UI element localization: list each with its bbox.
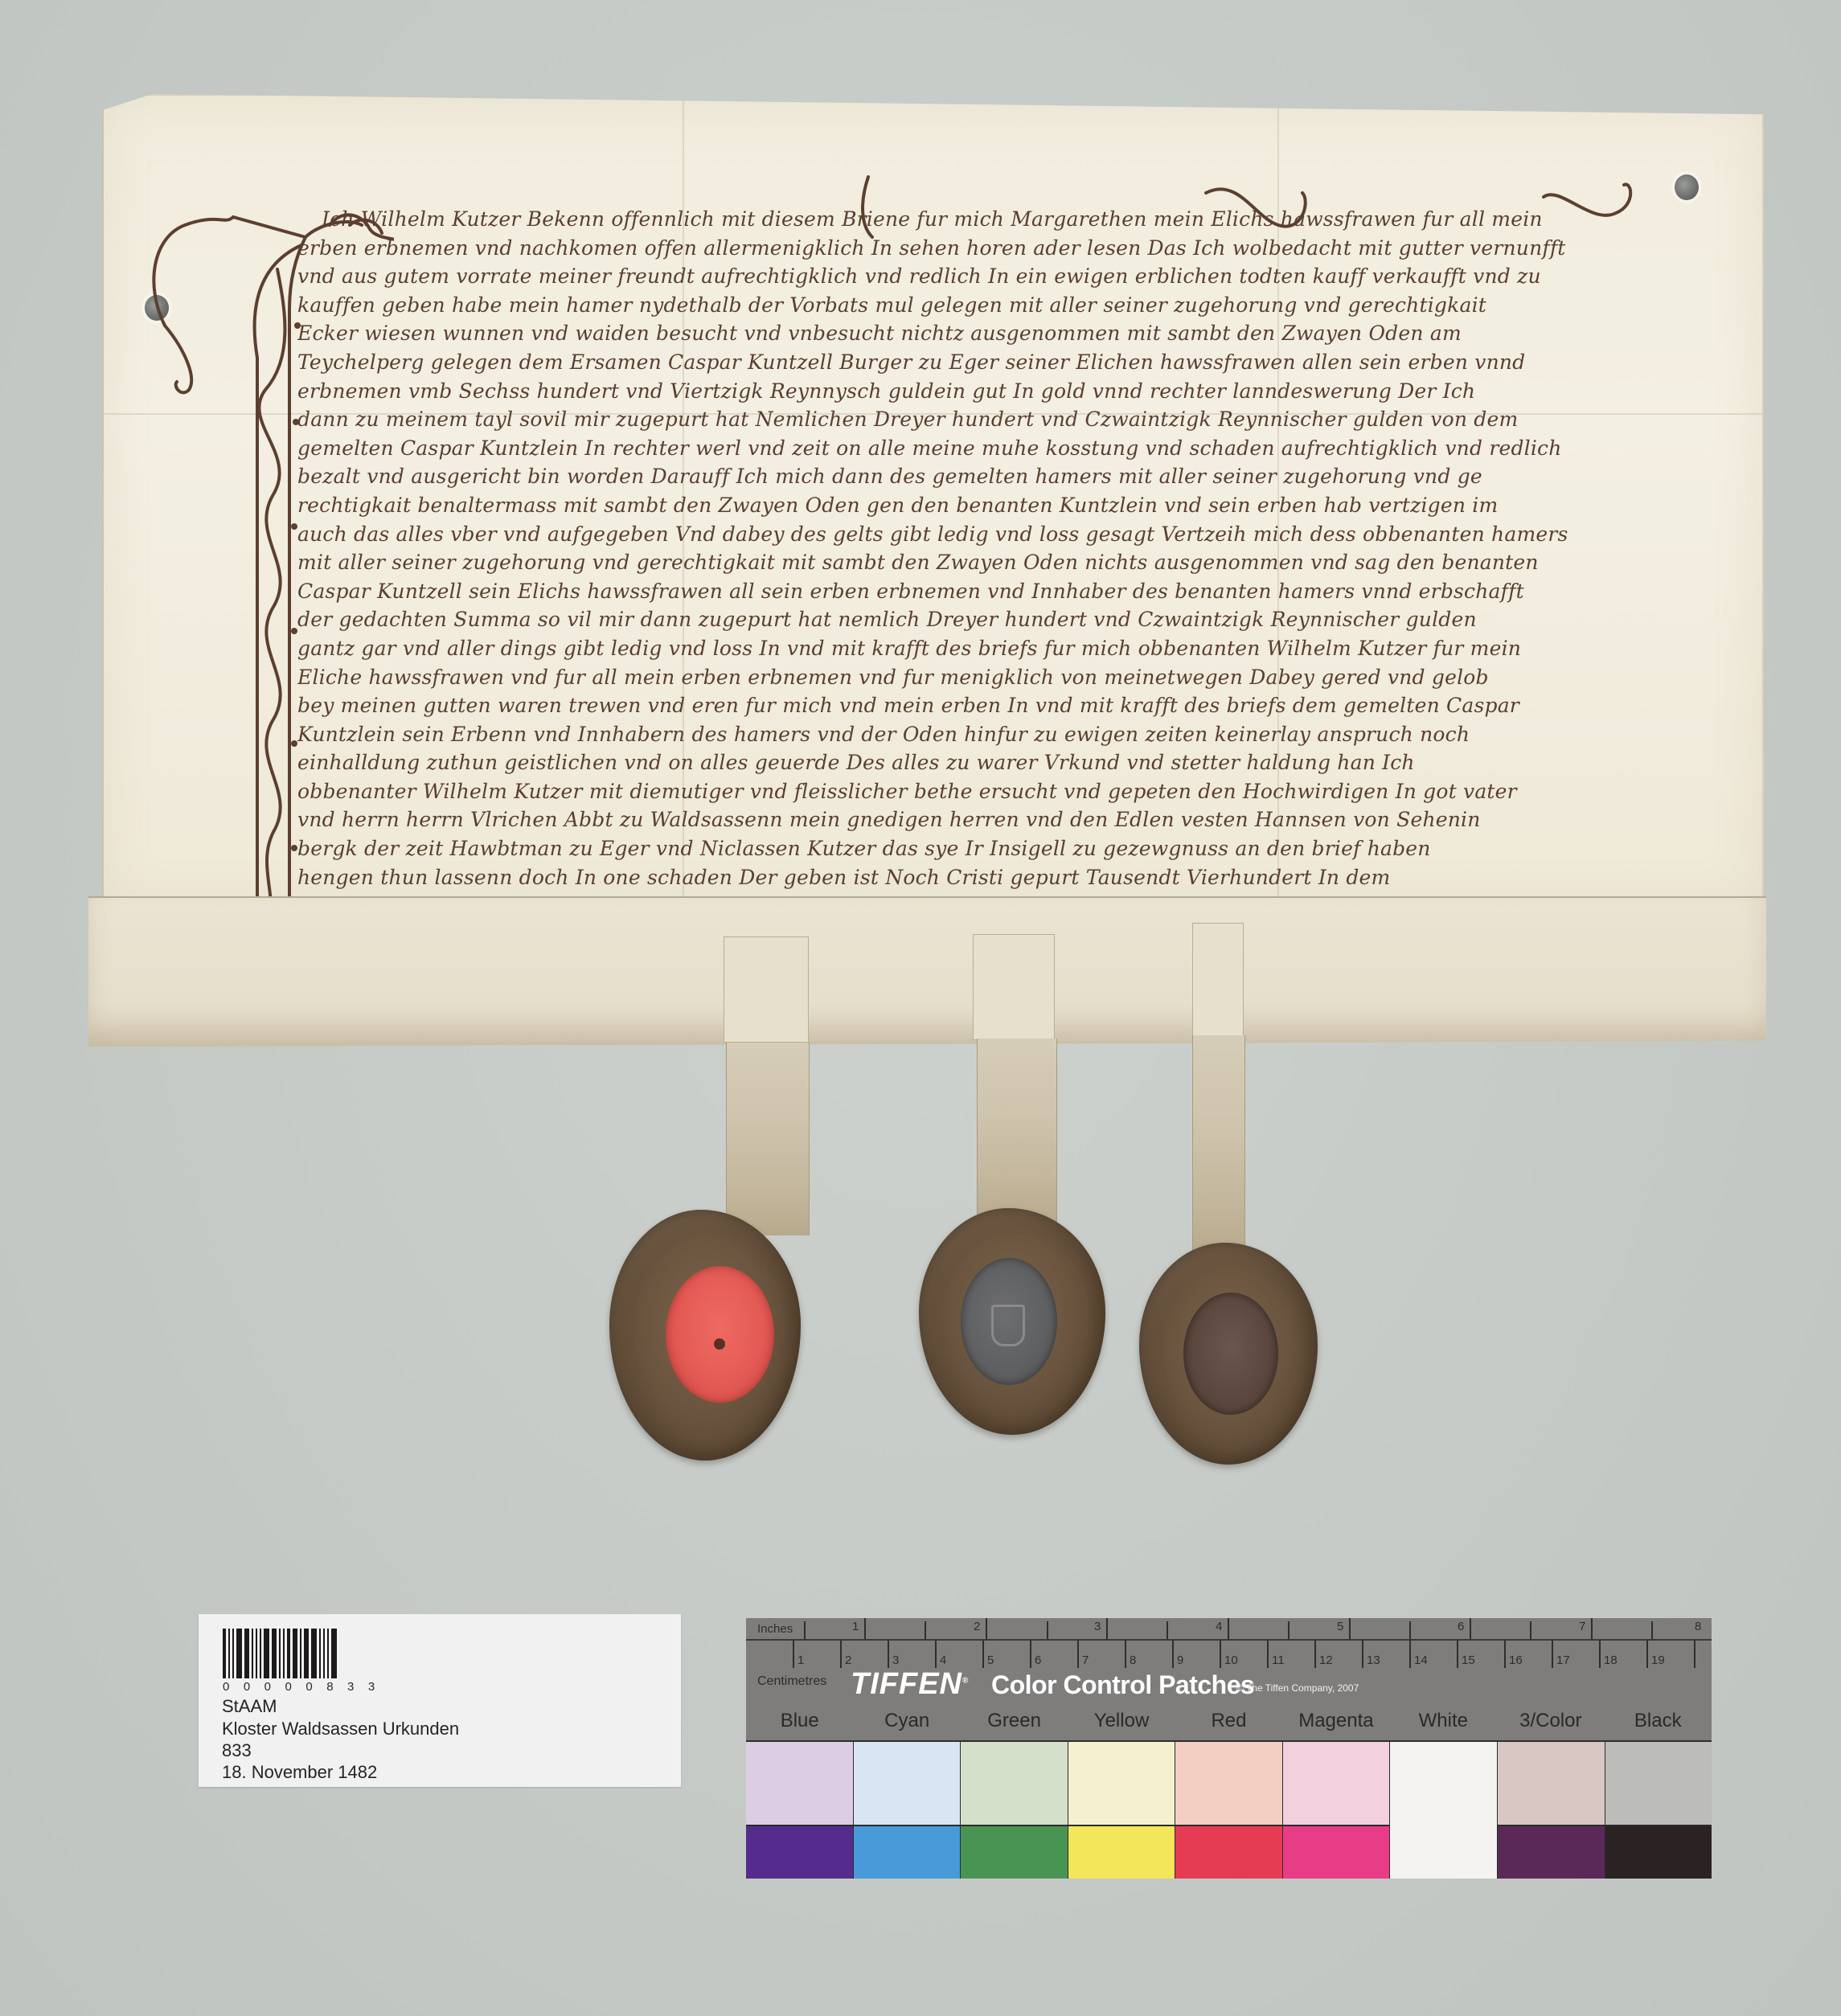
patch-label-magenta: Magenta	[1282, 1703, 1389, 1740]
color-patches	[746, 1740, 1712, 1879]
patch-red-light	[1175, 1742, 1282, 1825]
patch-3color-light	[1498, 1742, 1605, 1825]
charter-text: Ich Wilhelm Kutzer Bekenn offennlich mit…	[297, 205, 1736, 920]
label-institution: StAAM	[222, 1696, 277, 1717]
text-line: dann zu meinem tayl sovil mir zugepurt h…	[297, 405, 1736, 434]
patch-label-3color: 3/Color	[1497, 1703, 1604, 1740]
text-line: auch das alles vber vnd aufgegeben Vnd d…	[297, 520, 1736, 549]
text-line: erben erbnemen vnd nachkomen offen aller…	[297, 234, 1736, 263]
coat-of-arms-shield-icon	[991, 1305, 1025, 1346]
patch-white-light	[1390, 1742, 1497, 1825]
copyright-notice: © The Tiffen Company, 2007	[1236, 1682, 1359, 1694]
seal-stitch-icon	[714, 1338, 725, 1350]
patch-3color	[1498, 1742, 1605, 1879]
barcode-icon	[223, 1629, 339, 1678]
archive-label: 00000833 StAAM Kloster Waldsassen Urkund…	[199, 1614, 681, 1787]
text-line: obbenanter Wilhelm Kutzer mit diemutiger…	[297, 777, 1736, 806]
seal-tag-strip	[1192, 1035, 1245, 1254]
wax-seal-gray	[919, 1208, 1105, 1435]
patch-black-dark	[1605, 1825, 1712, 1879]
wax-seal-brown	[1139, 1243, 1318, 1465]
seal-tag-slot	[724, 936, 809, 1043]
patch-white-dark	[1390, 1825, 1497, 1879]
text-line: einhalldung zuthun geistlichen vnd on al…	[297, 748, 1736, 777]
seal-tag-slot	[1192, 923, 1244, 1037]
patch-label-red: Red	[1175, 1703, 1282, 1740]
text-line: Kuntzlein sein Erbenn vnd Innhabern des …	[297, 720, 1736, 749]
patch-blue-light	[746, 1742, 853, 1825]
patch-red-dark	[1175, 1825, 1282, 1879]
patch-blue	[746, 1742, 854, 1879]
patch-black-light	[1605, 1742, 1712, 1825]
chart-title: Color Control Patches	[991, 1670, 1254, 1700]
text-line: der gedachten Summa so vil mir dann zuge…	[297, 605, 1736, 634]
patch-blue-dark	[746, 1825, 853, 1879]
seal-tag-slot	[973, 934, 1055, 1040]
text-line: hengen thun lassenn doch In one schaden …	[297, 863, 1736, 892]
patch-cyan	[854, 1742, 962, 1879]
barcode-number: 00000833	[223, 1680, 389, 1694]
patch-3color-dark	[1498, 1825, 1605, 1879]
patch-label-black: Black	[1605, 1703, 1712, 1740]
text-line: gemelten Caspar Kuntzlein In rechter wer…	[297, 434, 1736, 463]
inches-label: Inches	[757, 1622, 793, 1636]
wax-seal-red	[609, 1210, 801, 1461]
patch-magenta	[1283, 1742, 1391, 1879]
patch-label-yellow: Yellow	[1068, 1703, 1175, 1740]
mounting-pin-icon	[1675, 174, 1699, 200]
patch-yellow	[1068, 1742, 1176, 1879]
color-control-chart: Inches 1 2 3 4 5 6 7 8 1 2 3 4 5 6 7 8 9…	[746, 1618, 1712, 1877]
patch-red	[1175, 1742, 1283, 1879]
text-line: bey meinen gutten waren trewen vnd eren …	[297, 691, 1736, 720]
text-line: bezalt vnd ausgericht bin worden Darauff…	[297, 462, 1736, 491]
seal-imprint-red	[666, 1266, 774, 1403]
patch-green-light	[961, 1742, 1068, 1825]
label-number: 833	[222, 1740, 252, 1761]
text-line: Ich Wilhelm Kutzer Bekenn offennlich mit…	[297, 205, 1736, 234]
patch-white	[1390, 1742, 1498, 1879]
patch-yellow-dark	[1068, 1825, 1175, 1879]
seal-tag-strip	[726, 1043, 810, 1235]
text-line: vnd herrn herrn Vlrichen Abbt zu Waldsas…	[297, 805, 1736, 834]
patch-cyan-light	[854, 1742, 961, 1825]
text-line: mit aller seiner zugehorung vnd gerechti…	[297, 548, 1736, 577]
text-line: Teychelperg gelegen dem Ersamen Caspar K…	[297, 348, 1736, 377]
text-line: vnd aus gutem vorrate meiner freundt auf…	[297, 262, 1736, 291]
text-line: kauffen geben habe mein hamer nydethalb …	[297, 291, 1736, 320]
patch-label-green: Green	[961, 1703, 1068, 1740]
patch-magenta-light	[1283, 1742, 1390, 1825]
text-line: rechtigkait benaltermass mit sambt den Z…	[297, 491, 1736, 520]
patch-yellow-light	[1068, 1742, 1175, 1825]
label-collection: Kloster Waldsassen Urkunden	[222, 1719, 459, 1739]
patch-green	[961, 1742, 1068, 1879]
centimetres-label: Centimetres	[757, 1674, 826, 1689]
tiffen-logo: TIFFEN®	[851, 1667, 969, 1702]
text-line: Ecker wiesen wunnen vnd waiden besucht v…	[297, 319, 1736, 348]
patch-label-white: White	[1390, 1703, 1497, 1740]
text-line: erbnemen vmb Sechss hundert vnd Viertzig…	[297, 377, 1736, 406]
text-line: Eliche hawssfrawen vnd fur all mein erbe…	[297, 663, 1736, 692]
seal-imprint-brown	[1183, 1293, 1278, 1415]
plica-fold	[88, 896, 1766, 1047]
patch-black	[1605, 1742, 1712, 1879]
patch-cyan-dark	[854, 1825, 961, 1879]
patch-label-blue: Blue	[746, 1703, 853, 1740]
patch-magenta-dark	[1283, 1825, 1390, 1879]
seal-tag-strip	[977, 1039, 1057, 1223]
label-date: 18. November 1482	[222, 1762, 377, 1783]
text-line: bergk der zeit Hawbtman zu Eger vnd Nicl…	[297, 834, 1736, 863]
inch-ruler: Inches 1 2 3 4 5 6 7 8	[746, 1618, 1712, 1641]
patch-label-cyan: Cyan	[853, 1703, 960, 1740]
text-line: Caspar Kuntzell sein Elichs hawssfrawen …	[297, 577, 1736, 606]
patch-labels: Blue Cyan Green Yellow Red Magenta White…	[746, 1703, 1712, 1740]
seal-imprint-gray	[961, 1258, 1057, 1385]
patch-green-dark	[961, 1825, 1068, 1879]
text-line: gantz gar vnd aller dings gibt ledig vnd…	[297, 634, 1736, 663]
